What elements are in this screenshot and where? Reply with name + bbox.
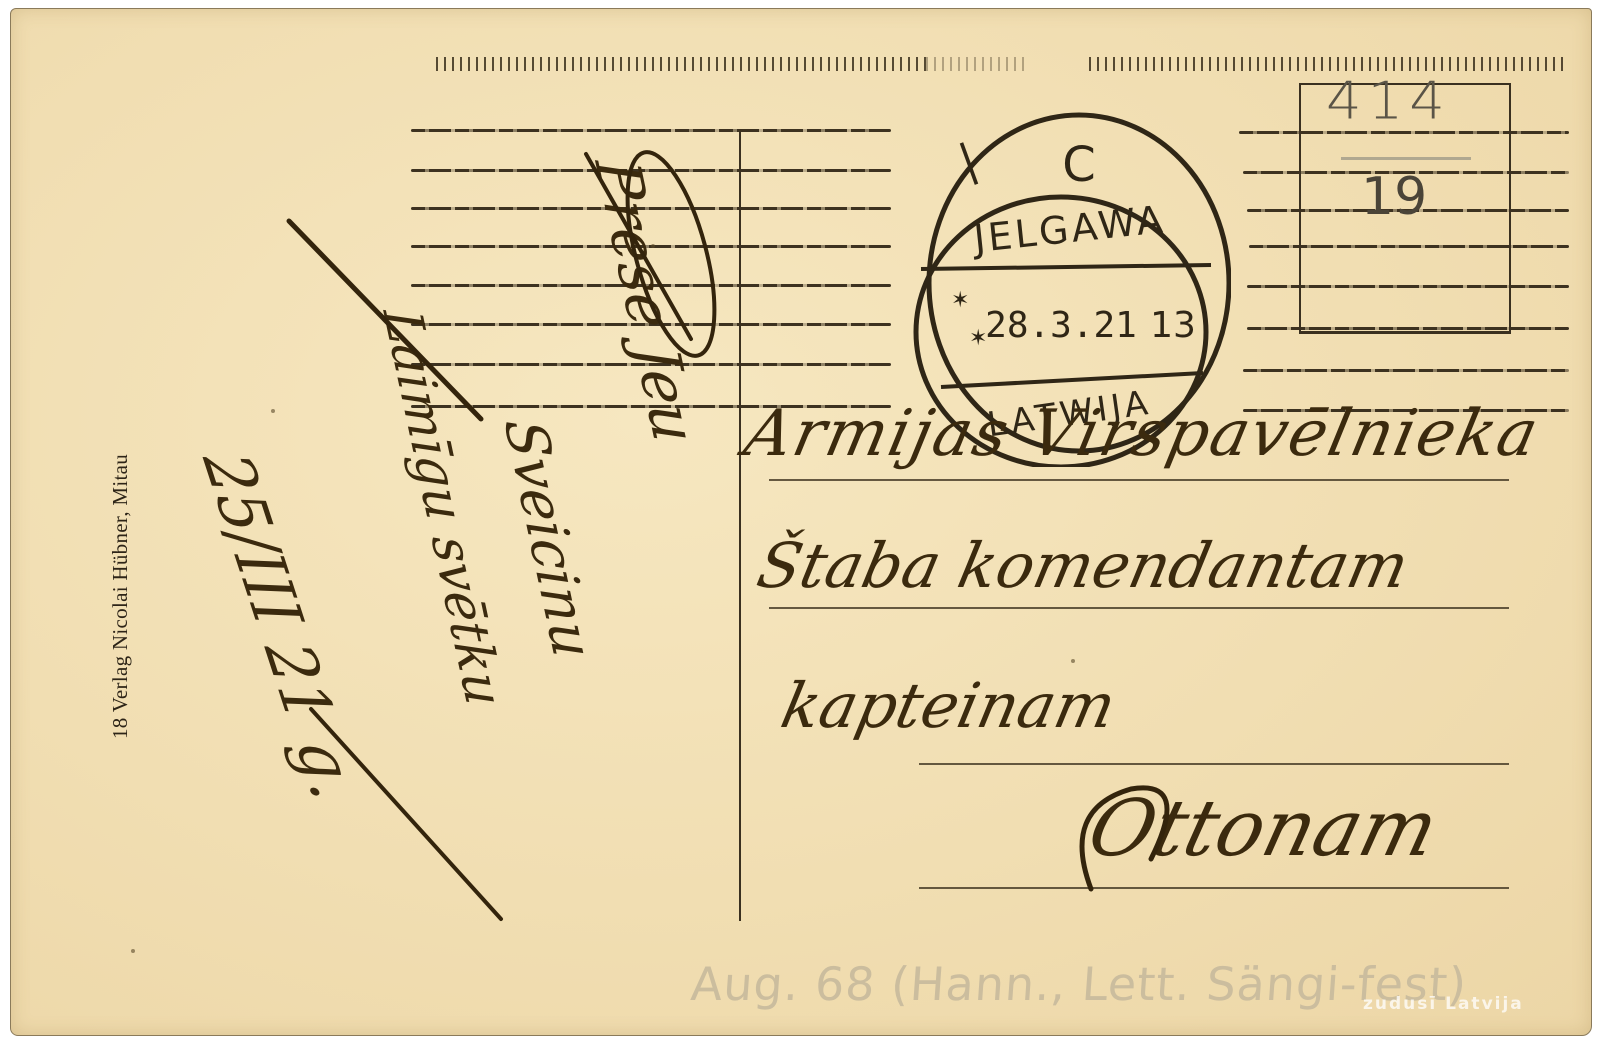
stamp-box-bottom-number: 19 [1361, 167, 1427, 227]
address-rule-1 [769, 479, 1509, 481]
address-rule-4 [919, 887, 1509, 889]
svg-text:✶: ✶ [969, 325, 987, 350]
fraction-line [1341, 157, 1471, 160]
address-line-3: kapteinam [775, 669, 1122, 742]
address-rule-3 [919, 763, 1509, 765]
cancel-ticks-right [1089, 57, 1564, 71]
watermark: zudusī Latvija [1363, 994, 1524, 1014]
address-rule-2 [769, 607, 1509, 609]
pencil-archive-note: Aug. 68 (Hann., Lett. Sängi-fest) [689, 957, 1469, 1011]
publisher-imprint: 18 Verlag Nicolai Hübner, Mitau [108, 454, 133, 739]
cancel-ticks-left [436, 57, 926, 71]
message-line-1: Prese Jeu [580, 159, 711, 443]
svg-text:✶: ✶ [951, 287, 969, 312]
center-divider [739, 131, 741, 921]
stamp-box-top-number: 414 [1326, 72, 1451, 132]
message-line-3: Laimīgu svētku [370, 309, 515, 706]
postmark-date: 28.3.21 [985, 305, 1137, 346]
postcard-back: 414 19 C | JELGAWA 28.3.21 13 ✶ ✶ LATWIJ… [10, 8, 1592, 1036]
address-line-2: Štaba komendantam [751, 529, 1415, 602]
message-date: 25/III 21 g. [187, 449, 373, 804]
address-line-1: Armijas Virspavēlnieka [738, 397, 1546, 471]
postmark-city: JELGAWA [970, 197, 1168, 261]
postmark-top-letter: C [1062, 137, 1096, 193]
address-line-4: Ottonam [1080, 784, 1447, 874]
postmark-suffix: 13 [1150, 305, 1196, 346]
cancel-ticks-mid [926, 57, 1026, 71]
message-line-2: Sveicinu [490, 419, 606, 658]
